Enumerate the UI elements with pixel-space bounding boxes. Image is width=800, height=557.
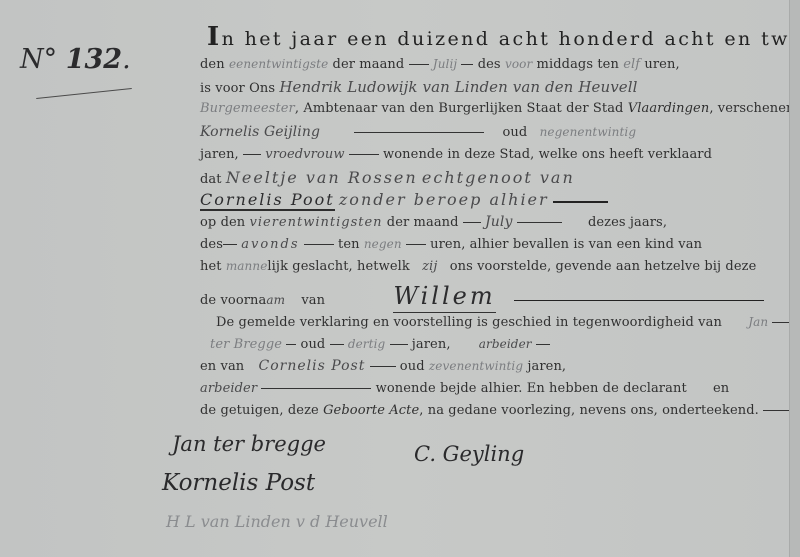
printed-text: ten [338,237,360,252]
dash [223,244,237,245]
dash [517,222,562,223]
signature-witness1: Jan ter bregge [172,432,326,456]
handwritten-birth-month: July [485,214,512,230]
handwritten-pronoun: zij [422,259,437,274]
dash [390,344,408,345]
signature-witness2: Kornelis Post [162,470,315,496]
printed-text: , Ambtenaar van den Burgerlijken Staat d… [295,101,624,116]
handwritten-occupation: vroedvrouw [265,147,344,162]
dash [463,222,481,223]
handwritten-sex: manne [226,259,268,273]
handwritten-age: negenentwintig [540,125,637,139]
printed-text: dat [200,172,222,187]
office-line: Burgemeester, Ambtenaar van den Burgerli… [200,101,795,116]
dash [461,64,473,65]
printed-text: oud [301,337,326,352]
handwritten-birth-hour: negen [364,237,402,251]
handwritten-father-occupation: zonder beroep alhier [339,190,549,209]
printed-text: der maand [387,215,459,230]
printed-text: van [301,293,325,308]
handwritten-witness2-name: Cornelis Post [259,358,366,374]
handwritten-father: Cornelis Poot [200,190,335,211]
handwritten-official-title: Burgemeester [200,101,295,116]
child-name-line: de voornaam van Willem [200,282,780,310]
record-number-label: N° [20,44,57,75]
birth-date-line: op den vierentwintigsten der maand July … [200,214,667,230]
handwritten-official-name: Hendrik Ludowijk van Linden van den Heuv… [279,78,637,96]
printed-text: den [200,57,225,72]
handwritten-declarant: Kornelis Geijling [200,124,320,140]
printed-text: is voor Ons [200,81,275,96]
dash [514,300,764,301]
act-type: Geboorte Acte [323,403,419,418]
handwritten-suffix: am [266,293,285,307]
witness1-line: ter Bregge oud dertig jaren, arbeider [210,337,550,352]
date-line: den eenentwintigste der maand Julij des … [200,57,680,72]
handwritten-birth-time: avonds [241,237,299,252]
printed-text: lijk geslacht, hetwelk [267,259,409,274]
handwritten-child-name: Willem [393,282,495,313]
printed-text: oud [400,359,425,374]
closing-line: de getuigen, deze Geboorte Acte, na geda… [200,403,800,418]
printed-text: de getuigen, deze [200,403,319,418]
handwritten-witness1-occupation: arbeider [479,337,532,351]
dash [330,344,344,345]
printed-text: jaren, [412,337,451,352]
printed-text: uren, [644,57,679,72]
record-number-underline [36,88,132,99]
printed-text: oud [503,125,528,140]
birth-time-line: des avonds ten negen uren, alhier bevall… [200,237,702,252]
occupation-line: jaren, vroedvrouw wonende in deze Stad, … [200,147,712,162]
printed-text: dezes jaars, [588,215,667,230]
printed-text: des [478,57,501,72]
printed-text: op den [200,215,245,230]
printed-text: , verschenen [709,101,794,116]
signature-declarant: C. Geyling [414,442,524,466]
printed-text: jaren, [200,147,239,162]
dash [406,244,426,245]
dash [536,344,550,345]
dash [370,366,396,367]
handwritten-mother: Neeltje van Rossen [226,168,418,187]
handwritten-relation: echtgenoot van [422,168,575,187]
handwritten-time: voor [505,57,532,71]
printed-text: des [200,237,223,252]
printed-text: De gemelde verklaring en voorstelling is… [216,315,722,330]
printed-text: wonende bejde alhier. En hebben de decla… [376,381,687,396]
handwritten-birth-day: vierentwintigsten [250,215,383,230]
dash [553,201,608,203]
record-number-value: 132 [66,44,122,75]
printed-text: wonende in deze Stad, welke ons heeft ve… [383,147,712,162]
witness-intro-line: De gemelde verklaring en voorstelling is… [216,315,792,330]
dash [286,344,296,345]
printed-text: , na gedane voorlezing, nevens ons, onde… [419,403,759,418]
printed-text: uren, alhier bevallen is van een kind va… [430,237,702,252]
opening-line: In het jaar een duizend acht honderd ach… [207,22,800,52]
father-line: Cornelis Poot zonder beroep alhier [200,190,780,209]
record-number: N° 132. [20,44,131,75]
sex-line: het mannelijk geslacht, hetwelk zij ons … [200,259,756,274]
printed-text: ons voorstelde, gevende aan hetzelve bij… [450,259,757,274]
opening-text: n het jaar een duizend acht honderd acht… [222,28,800,50]
city-name: Vlaardingen [628,101,710,116]
dash [261,388,371,389]
printed-text: middags ten [537,57,619,72]
printed-text: en van [200,359,244,374]
mother-line: dat Neeltje van Rossen echtgenoot van [200,168,575,187]
residence-line: arbeider wonende bejde alhier. En hebben… [200,381,729,396]
signature-official: H L van Linden v d Heuvell [166,512,388,531]
printed-text: het [200,259,222,274]
handwritten-witness1-last: ter Bregge [210,337,282,352]
document-page: N° 132. In het jaar een duizend acht hon… [0,0,790,557]
printed-text: de voorna [200,293,266,308]
page-edge [789,0,800,557]
printed-text: jaren, [527,359,566,374]
handwritten-day: eenentwintigste [229,57,328,71]
handwritten-witness2-occupation: arbeider [200,381,257,396]
dash [243,154,261,155]
handwritten-witness1-age: dertig [348,337,385,351]
handwritten-month: Julij [433,57,457,71]
handwritten-witness2-age: zevenentwintig [429,359,523,373]
declarant-line: Kornelis Geijling oud negenentwintig [200,124,780,140]
official-line: is voor Ons Hendrik Ludowijk van Linden … [200,78,638,96]
handwritten-witness1-first: Jan [748,315,768,329]
dash [409,64,429,65]
handwritten-hour: elf [623,57,640,72]
dash [354,132,484,133]
dash [349,154,379,155]
printed-text: der maand [333,57,405,72]
dash [304,244,334,245]
witness2-line: en van Cornelis Post oud zevenentwintig … [200,358,566,374]
printed-text: en [713,381,729,396]
drop-cap: I [207,22,222,52]
